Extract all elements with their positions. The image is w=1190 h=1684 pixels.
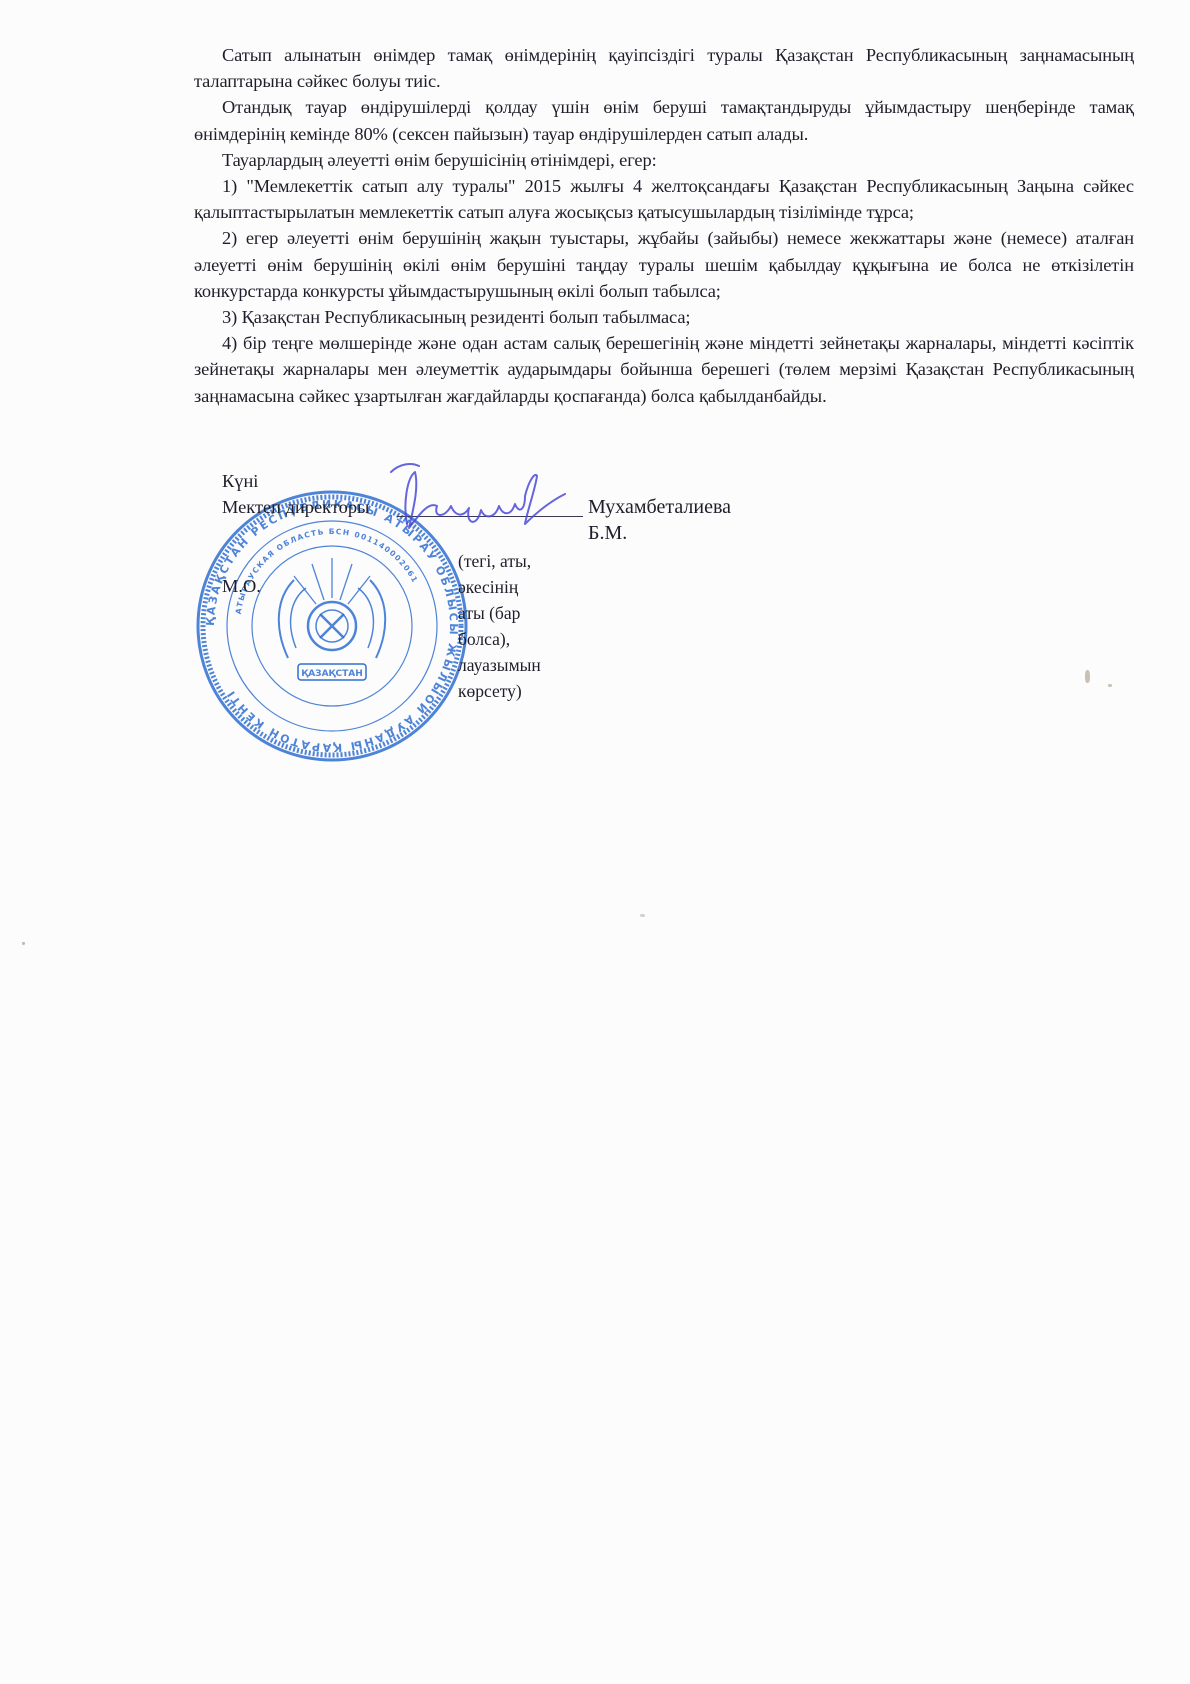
signer-name: Мухамбеталиева Б.М. [588,494,731,546]
paragraph-condition-4: 4) бір теңге мөлшерінде және одан астам … [194,330,1134,409]
signer-hint: (тегі, аты, әкесінің аты (бар болса), ла… [458,548,541,704]
paragraph-domestic-producers: Отандық тауар өндірушілерді қолдау үшін … [194,94,1134,146]
date-row: Күні [222,468,369,494]
document-page: Сатып алынатын өнімдер тамақ өнімдерінің… [0,0,1190,1684]
position-label: Мектеп директоры [222,497,369,517]
paragraph-condition-1: 1) "Мемлекеттік сатып алу туралы" 2015 ж… [194,173,1134,225]
paragraph-condition-3: 3) Қазақстан Республикасының резиденті б… [194,304,1134,330]
date-label: Күні [222,471,258,491]
scan-speck [640,914,645,917]
seal-place-label: М.О. [222,576,261,597]
scan-speck [1085,670,1090,683]
signature-block: Күні Мектеп директоры [222,468,369,520]
document-body: Сатып алынатын өнімдер тамақ өнімдерінің… [194,42,1134,409]
handwritten-signature-icon [385,458,575,538]
paragraph-food-safety: Сатып алынатын өнімдер тамақ өнімдерінің… [194,42,1134,94]
director-row: Мектеп директоры [222,494,369,520]
svg-text:ҚАЗАҚСТАН: ҚАЗАҚСТАН [301,669,363,679]
scan-speck [1108,684,1112,687]
paragraph-rejection-intro: Тауарлардың әлеуетті өнім берушісінің өт… [194,147,1134,173]
paragraph-condition-2: 2) егер әлеуетті өнім берушінің жақын ту… [194,225,1134,304]
scan-speck [22,942,25,945]
